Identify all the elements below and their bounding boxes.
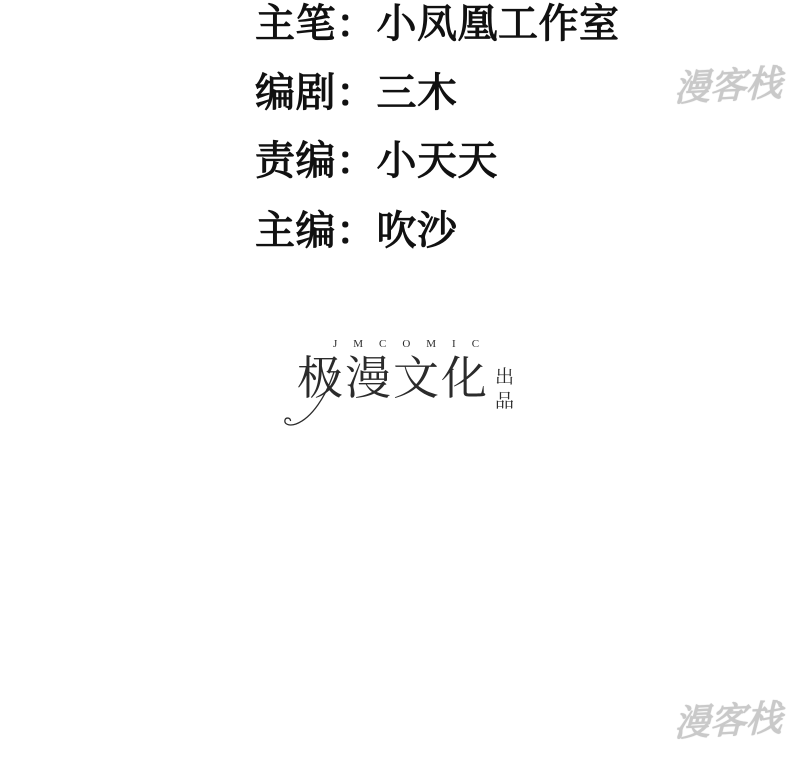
publisher-logo: JMCOMIC 极漫文化 出品 [288, 338, 524, 414]
credit-line-editor: 责编：小天天 [255, 139, 498, 183]
credit-separator: ： [336, 71, 377, 115]
credit-separator: ： [336, 2, 377, 46]
credit-role: 责编 [255, 139, 336, 183]
credit-role: 主编 [255, 209, 336, 253]
credit-role: 编剧 [255, 71, 336, 115]
credit-name: 小凤凰工作室 [377, 2, 620, 46]
credit-line-main-artist: 主笔：小凤凰工作室 [255, 2, 620, 46]
credit-separator: ： [336, 139, 377, 183]
publisher-logo-name: 极漫文化 [297, 352, 489, 406]
publisher-logo-suffix: 出品 [494, 366, 515, 414]
credit-name: 三木 [377, 71, 458, 115]
credit-line-screenwriter: 编剧：三木 [255, 71, 458, 115]
publisher-logo-row: 极漫文化 出品 [288, 352, 524, 414]
credit-separator: ： [336, 209, 377, 253]
publisher-logo-latin: JMCOMIC [288, 338, 524, 350]
credit-name: 小天天 [377, 139, 499, 183]
credit-role: 主笔 [255, 2, 336, 46]
credit-name: 吹沙 [377, 209, 458, 253]
credit-line-chief-editor: 主编：吹沙 [255, 209, 458, 253]
watermark-top-right: 漫客栈 [662, 60, 795, 111]
credits-page: 主笔：小凤凰工作室 编剧：三木 责编：小天天 主编：吹沙 JMCOMIC 极漫文… [0, 0, 800, 758]
watermark-bottom-right: 漫客栈 [662, 695, 795, 746]
